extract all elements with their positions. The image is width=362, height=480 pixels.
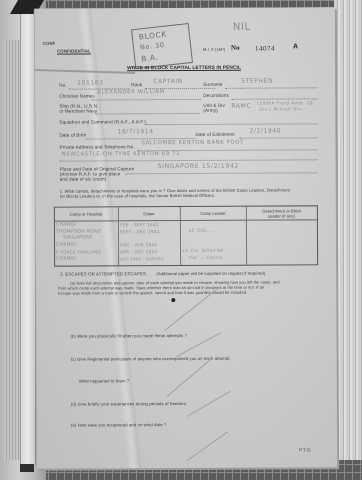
enlistment-line (239, 137, 317, 138)
christian-names-label: Christian Names (59, 93, 94, 98)
table-column-dates: FEB - SEPT 1942 SEPT - DEC 1942 DEC - AP… (119, 221, 181, 265)
rank-value: CAPTAIN (153, 78, 183, 85)
table-row-camp: F FORCE THAILAND (56, 249, 101, 254)
liberation-questionnaire-page: CONF CONFIDENTIAL BLOCK No. 30 B.A. NIL … (35, 7, 337, 469)
table-header-dates: Dates. (119, 207, 181, 221)
number-label: No (231, 44, 240, 52)
capture-label-3: and date of a/c crash) (60, 176, 107, 181)
folder-spine (20, 10, 36, 465)
nil-strike-line (187, 391, 231, 417)
classification-label: CONFIDENTIAL (57, 48, 91, 53)
block-stamp: BLOCK No. 30 B.A. (131, 23, 193, 69)
question-2d: (d) Give briefly your experiences during… (71, 401, 187, 407)
table-header-detachment: Detachment or Block Leader (if any). (247, 206, 317, 220)
table-row-camp: SINGAPORE (63, 235, 93, 240)
unit-note-2: Div.) British Div. (259, 106, 303, 111)
table-column-camp-leader: LT. COL. ... Lt. Col. Dillon RA Col. ...… (181, 221, 247, 265)
address-value-2: NEWCASTLE-ON-TYNE KENTON 69 71 (62, 151, 181, 158)
unit-note-1: (198th Field Amb. 18 (257, 100, 313, 105)
file-stack-right (334, 0, 362, 460)
table-row-dates: FEB - SEPT 1942 (120, 222, 159, 227)
enlistment-label: Date of Enlistment (195, 132, 234, 137)
ship-label-2: or Merchant Navy (59, 108, 97, 113)
unit-label-2: (Army) (203, 108, 217, 113)
table-row-camp: CHANGI (56, 243, 76, 248)
document-number-suffix: A (293, 43, 298, 50)
table-row-camp: CHANGI (56, 223, 76, 228)
question-2c-follow-up: What happened to them ? (79, 378, 130, 383)
classification-top: CONF (43, 41, 55, 46)
capture-value: SINGAPORE 15/2/1942 (158, 163, 239, 170)
table-row-leader: LT. COL. ... (189, 229, 216, 234)
form-code: M.I. 9 (JAP) (203, 47, 225, 52)
table-row-dates: DEC 1943 - AUGUST (120, 256, 164, 261)
address-value-1: SALCOMBE KENTON BANK FOOT (141, 140, 244, 147)
table-row-camp: CHANGI (56, 257, 76, 262)
capture-line (126, 172, 318, 174)
table-column-camp: CHANGI THOMPSON ROAD SINGAPORE CHANGI F … (55, 221, 119, 265)
enlistment-value: 2/2/1940 (249, 128, 281, 135)
address-line-2 (60, 159, 318, 161)
camps-table: Camp or Hospital. Dates. Camp Leader. De… (54, 205, 318, 266)
no-label: No. (59, 83, 66, 88)
nil-annotation: NIL (233, 22, 251, 33)
unit-value: RAMC (231, 103, 251, 110)
surname-label: Surname (203, 82, 222, 87)
table-header-camp: Camp or Hospital. (55, 207, 119, 221)
table-column-detachment (247, 220, 317, 264)
folder-spine-foot (20, 464, 34, 472)
dob-label: Date of Birth (59, 133, 86, 138)
stamp-line-1: BLOCK (138, 30, 167, 42)
decorations-label: Decorations (203, 93, 229, 98)
question-2a-line-3: escape was made from a train or vehicle … (58, 290, 247, 296)
stamp-line-2: No. 30 (140, 41, 165, 52)
table-row-leader: Lt. Col. Dillon RA (183, 248, 223, 253)
please-turn-over: P.T.O. (299, 447, 311, 452)
question-2-title: 2. ESCAPES OR ATTEMPTED ESCAPES. (60, 271, 147, 276)
ship-line (95, 113, 199, 115)
squadron-line (145, 123, 317, 125)
table-row-dates: DEC - APR 1943 (120, 242, 157, 247)
surname-line (225, 87, 317, 88)
dob-value: 18/7/1914 (117, 128, 153, 135)
squadron-label: Squadron and Command (R.A.F., A.A.F.) (59, 119, 145, 124)
nil-strike-line (187, 431, 228, 461)
instruction-heading: WRITE IN BLOCK CAPITAL LETTERS IN PENCIL (127, 66, 241, 72)
question-2-note: (Additional paper will be supplied on re… (156, 271, 266, 277)
table-header-camp-leader: Camp Leader. (181, 207, 247, 221)
stamp-line-3: B.A. (141, 53, 159, 64)
christian-names-line (91, 99, 201, 101)
nil-strike-line (167, 357, 213, 397)
question-1-line-2: (or Block) Leaders or, in the case of ho… (60, 193, 215, 199)
rank-label: Rank (131, 82, 142, 87)
table-row-camp: THOMPSON ROAD (56, 229, 101, 234)
question-2b: (b) Were you physically fit when you mad… (70, 333, 187, 339)
question-2e: (e) How were you recaptured and on what … (71, 422, 166, 427)
table-row-leader: Col. ... Collins (189, 255, 222, 260)
surname-value: STEPHEN (241, 78, 273, 85)
table-row-dates: SEPT - DEC 1942 (120, 229, 160, 234)
table-row-dates: APR - DEC 1943 (120, 249, 157, 254)
address-label: Private Address and Telephone No. (60, 144, 135, 149)
document-number: 14074 (255, 45, 275, 53)
no-value: 101163 (77, 79, 104, 86)
ink-dot (171, 298, 175, 302)
christian-names-value: ALEXANDER WILLIAM (97, 89, 165, 95)
